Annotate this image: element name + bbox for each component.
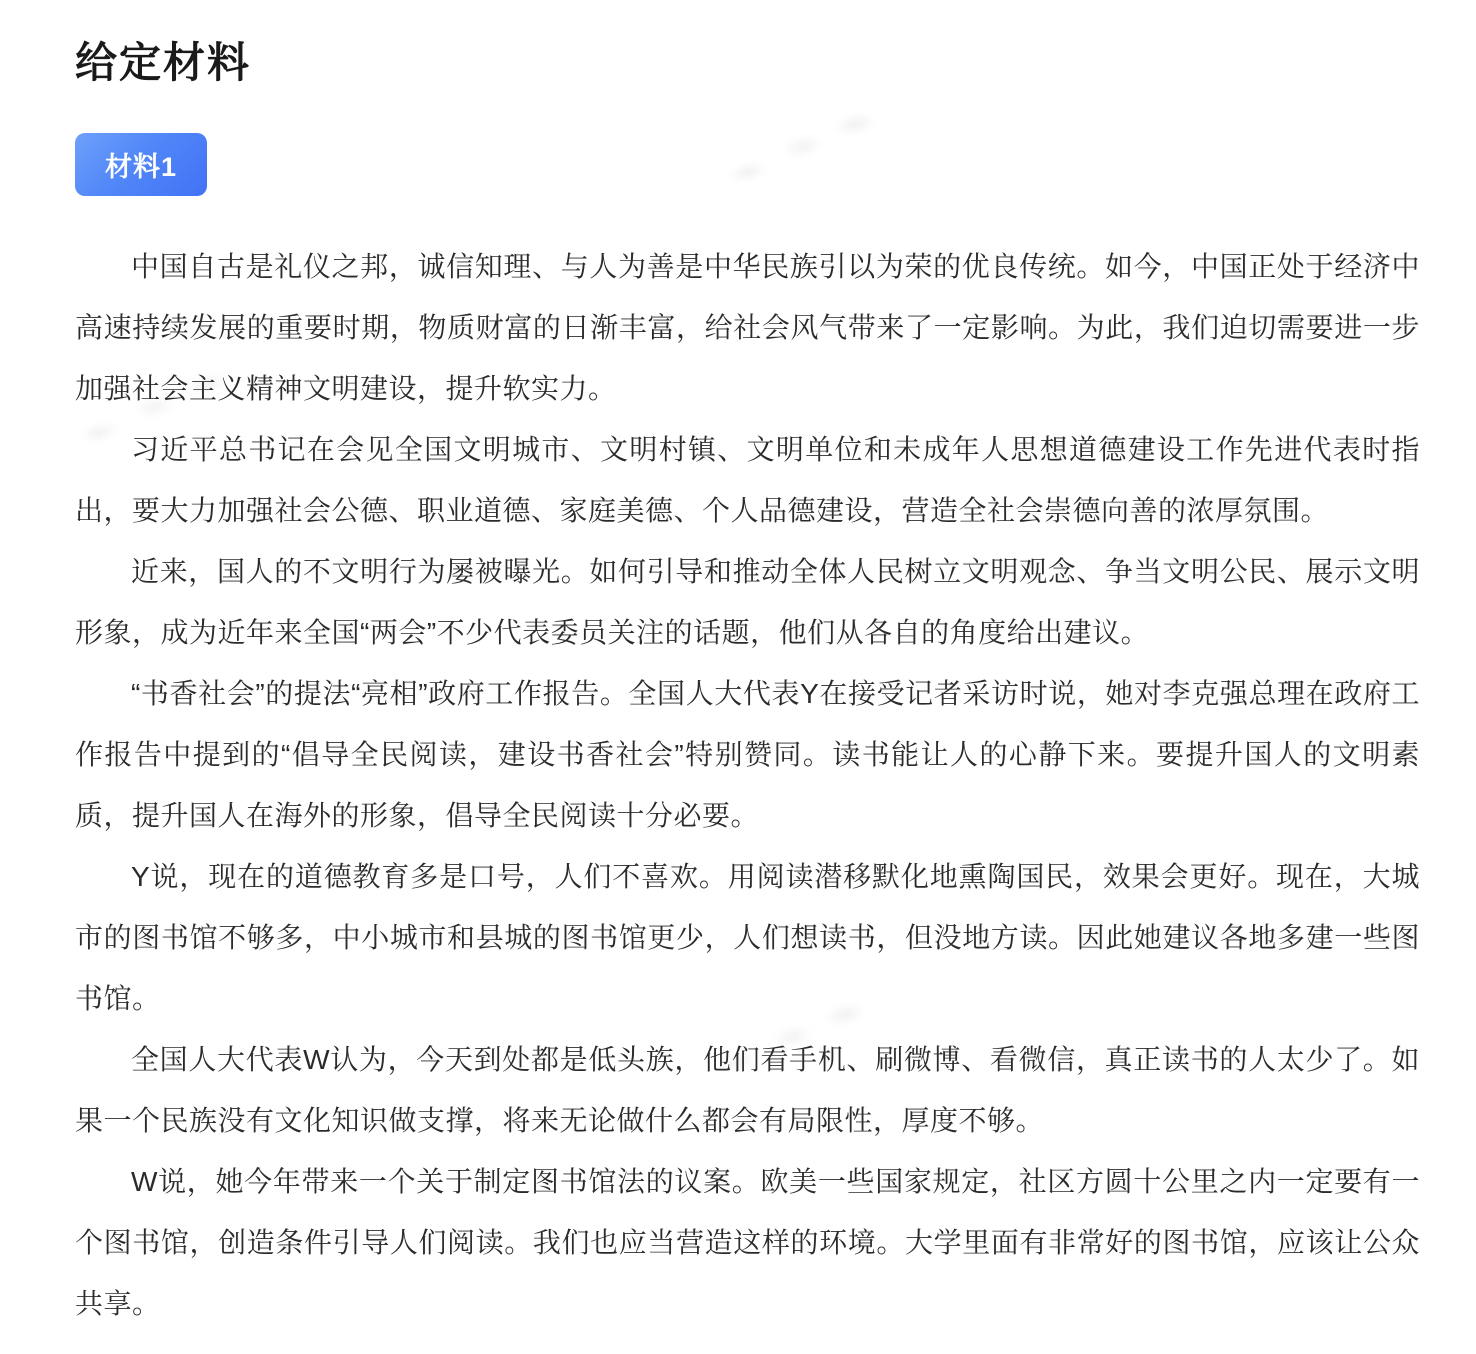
material-page: 给定材料 材料1 中国自古是礼仪之邦，诚信知理、与人为善是中华民族引以为荣的优良… (0, 0, 1476, 1354)
paragraph-2: 习近平总书记在会见全国文明城市、文明村镇、文明单位和未成年人思想道德建设工作先进… (75, 419, 1420, 541)
paragraph-5: Y说，现在的道德教育多是口号，人们不喜欢。用阅读潜移默化地熏陶国民，效果会更好。… (75, 846, 1420, 1029)
paragraph-4: “书香社会”的提法“亮相”政府工作报告。全国人大代表Y在接受记者采访时说，她对李… (75, 663, 1420, 846)
material-text-body: 中国自古是礼仪之邦，诚信知理、与人为善是中华民族引以为荣的优良传统。如今，中国正… (75, 236, 1420, 1334)
page-title: 给定材料 (75, 30, 1420, 90)
paragraph-6: 全国人大代表W认为，今天到处都是低头族，他们看手机、刷微博、看微信，真正读书的人… (75, 1029, 1420, 1151)
paragraph-1: 中国自古是礼仪之邦，诚信知理、与人为善是中华民族引以为荣的优良传统。如今，中国正… (75, 236, 1420, 419)
paragraph-7: W说，她今年带来一个关于制定图书馆法的议案。欧美一些国家规定，社区方圆十公里之内… (75, 1151, 1420, 1334)
watermark (707, 108, 883, 194)
paragraph-3: 近来，国人的不文明行为屡被曝光。如何引导和推动全体人民树立文明观念、争当文明公民… (75, 541, 1420, 663)
material-1-badge: 材料1 (75, 133, 207, 196)
